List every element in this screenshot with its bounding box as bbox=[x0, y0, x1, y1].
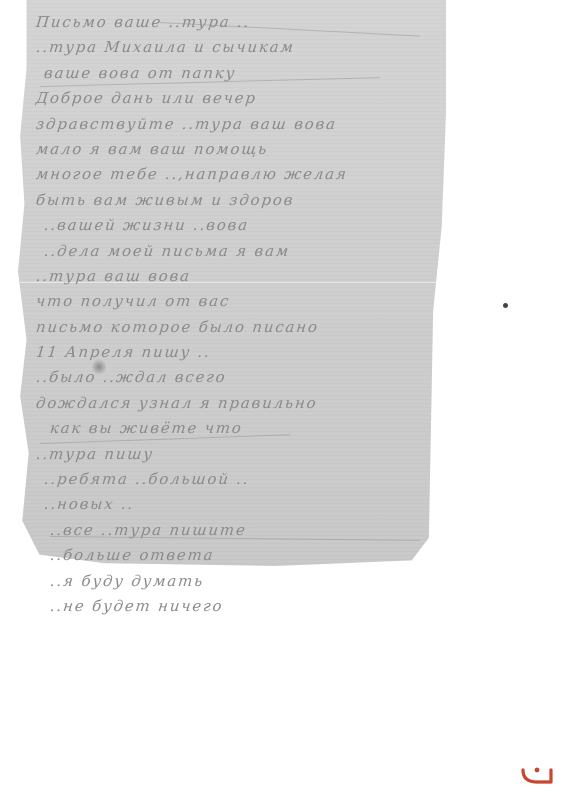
text-line: ..я буду думать bbox=[35, 569, 438, 594]
text-line: многое тебе ..,направлю желая bbox=[35, 162, 438, 187]
text-line: ..новых .. bbox=[35, 492, 438, 517]
text-line: как вы живёте что bbox=[35, 416, 438, 441]
text-line: ..не будет ничего bbox=[35, 594, 438, 619]
text-line: Доброе дань или вечер bbox=[35, 86, 438, 111]
text-line: ..тура Михаила и сычикам bbox=[35, 35, 438, 60]
ink-stain bbox=[92, 358, 106, 376]
text-line: здравствуйте ..тура ваш вова bbox=[35, 112, 438, 137]
text-line: письмо которое было писано bbox=[35, 315, 438, 340]
text-line: мало я вам ваш помощь bbox=[35, 137, 438, 162]
text-line: дождался узнал я правильно bbox=[35, 391, 438, 416]
handwritten-text: Письмо ваше ..тура .. ..тура Михаила и с… bbox=[36, 10, 436, 619]
text-line: ..тура пишу bbox=[35, 442, 438, 467]
text-line: быть вам живым и здоров bbox=[35, 188, 438, 213]
text-line: ..вашей жизни ..вова bbox=[35, 213, 438, 238]
text-line: ..все ..тура пишите bbox=[35, 518, 438, 543]
text-line: Письмо ваше ..тура .. bbox=[35, 10, 438, 35]
text-line: что получил от вас bbox=[35, 289, 438, 314]
text-line: ваше вова от папку bbox=[35, 61, 438, 86]
watermark-logo bbox=[520, 762, 554, 786]
red-arc-logo-icon bbox=[520, 762, 554, 786]
text-line: ..дела моей письма я вам bbox=[35, 239, 438, 264]
text-line: ..ребята ..большой .. bbox=[35, 467, 438, 492]
stray-dot bbox=[503, 303, 508, 308]
text-line: ..тура ваш вова bbox=[35, 264, 438, 289]
text-line: ..больше ответа bbox=[35, 543, 438, 568]
